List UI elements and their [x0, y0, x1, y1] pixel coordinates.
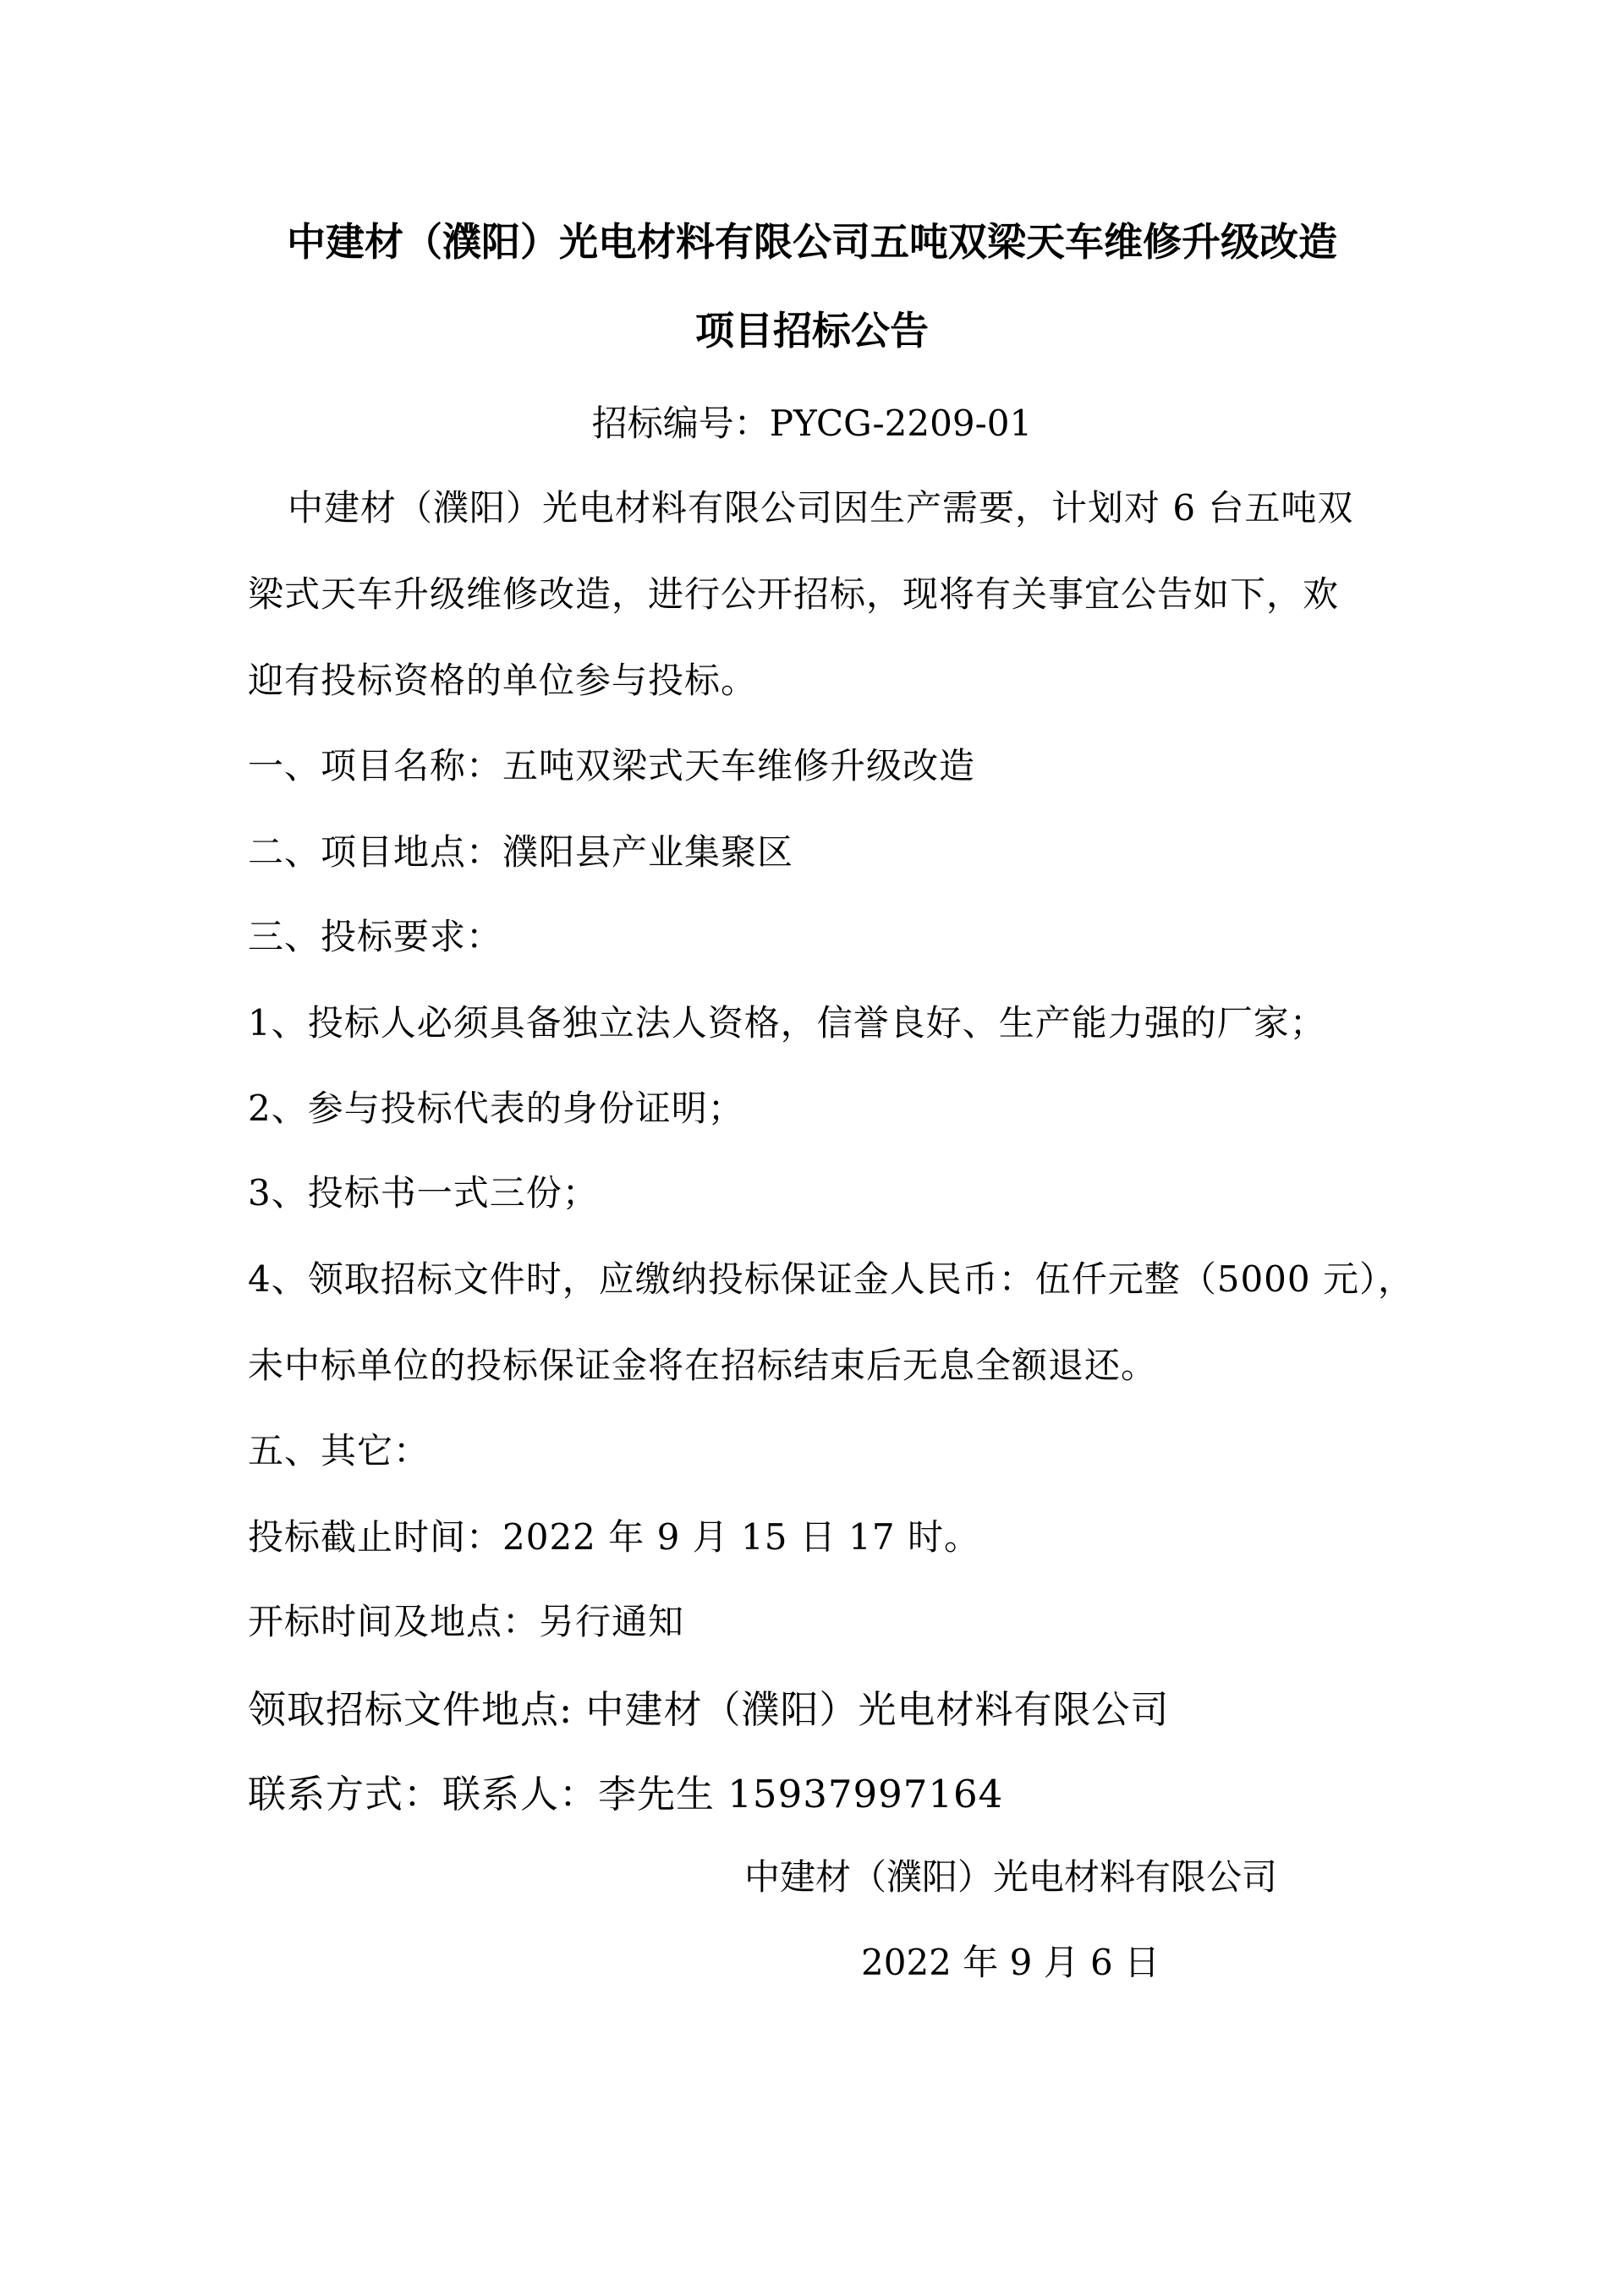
- requirement-2: 2、参与投标代表的身份证明；: [248, 1081, 744, 1132]
- requirement-3: 3、投标书一式三份；: [248, 1165, 599, 1216]
- section-project-name: 一、项目名称：五吨双梁式天车维修升级改造: [248, 738, 975, 789]
- section-other: 五、其它：: [248, 1423, 430, 1474]
- intro-line-1: 中建材（濮阳）光电材料有限公司因生产需要，计划对 6 台五吨双: [288, 480, 1353, 531]
- signature-company: 中建材（濮阳）光电材料有限公司: [744, 1849, 1277, 1900]
- bid-number: 招标编号：PYCG-2209-01: [0, 396, 1624, 447]
- bid-deadline: 投标截止时间：2022 年 9 月 15 日 17 时。: [248, 1510, 980, 1560]
- signature-date: 2022 年 9 月 6 日: [861, 1935, 1160, 1986]
- requirement-1: 1、投标人必须具备独立法人资格，信誉良好、生产能力强的厂家；: [248, 995, 1326, 1046]
- document-page: 中建材（濮阳）光电材料有限公司五吨双梁天车维修升级改造 项目招标公告 招标编号：…: [0, 0, 1624, 2296]
- contact-info: 联系方式：联系人：李先生 15937997164: [248, 1763, 1003, 1818]
- requirement-4: 4、领取招标文件时，应缴纳投标保证金人民币：伍仟元整（5000 元），: [248, 1252, 1414, 1302]
- bid-opening: 开标时间及地点：另行通知: [248, 1594, 684, 1645]
- document-pickup-location: 领取招标文件地点: 中建材（濮阳）光电材料有限公司: [248, 1679, 1169, 1734]
- section-project-location: 二、项目地点：濮阳县产业集聚区: [248, 825, 793, 875]
- section-bid-requirements: 三、投标要求：: [248, 909, 502, 960]
- requirement-4-continued: 未中标单位的投标保证金将在招标结束后无息全额退还。: [248, 1338, 1157, 1389]
- document-title-line-1: 中建材（濮阳）光电材料有限公司五吨双梁天车维修升级改造: [0, 211, 1624, 267]
- intro-line-2: 梁式天车升级维修改造，进行公开招标，现将有关事宜公告如下，欢: [248, 567, 1339, 617]
- intro-line-3: 迎有投标资格的单位参与投标。: [248, 653, 757, 704]
- document-title-line-2: 项目招标公告: [0, 300, 1624, 356]
